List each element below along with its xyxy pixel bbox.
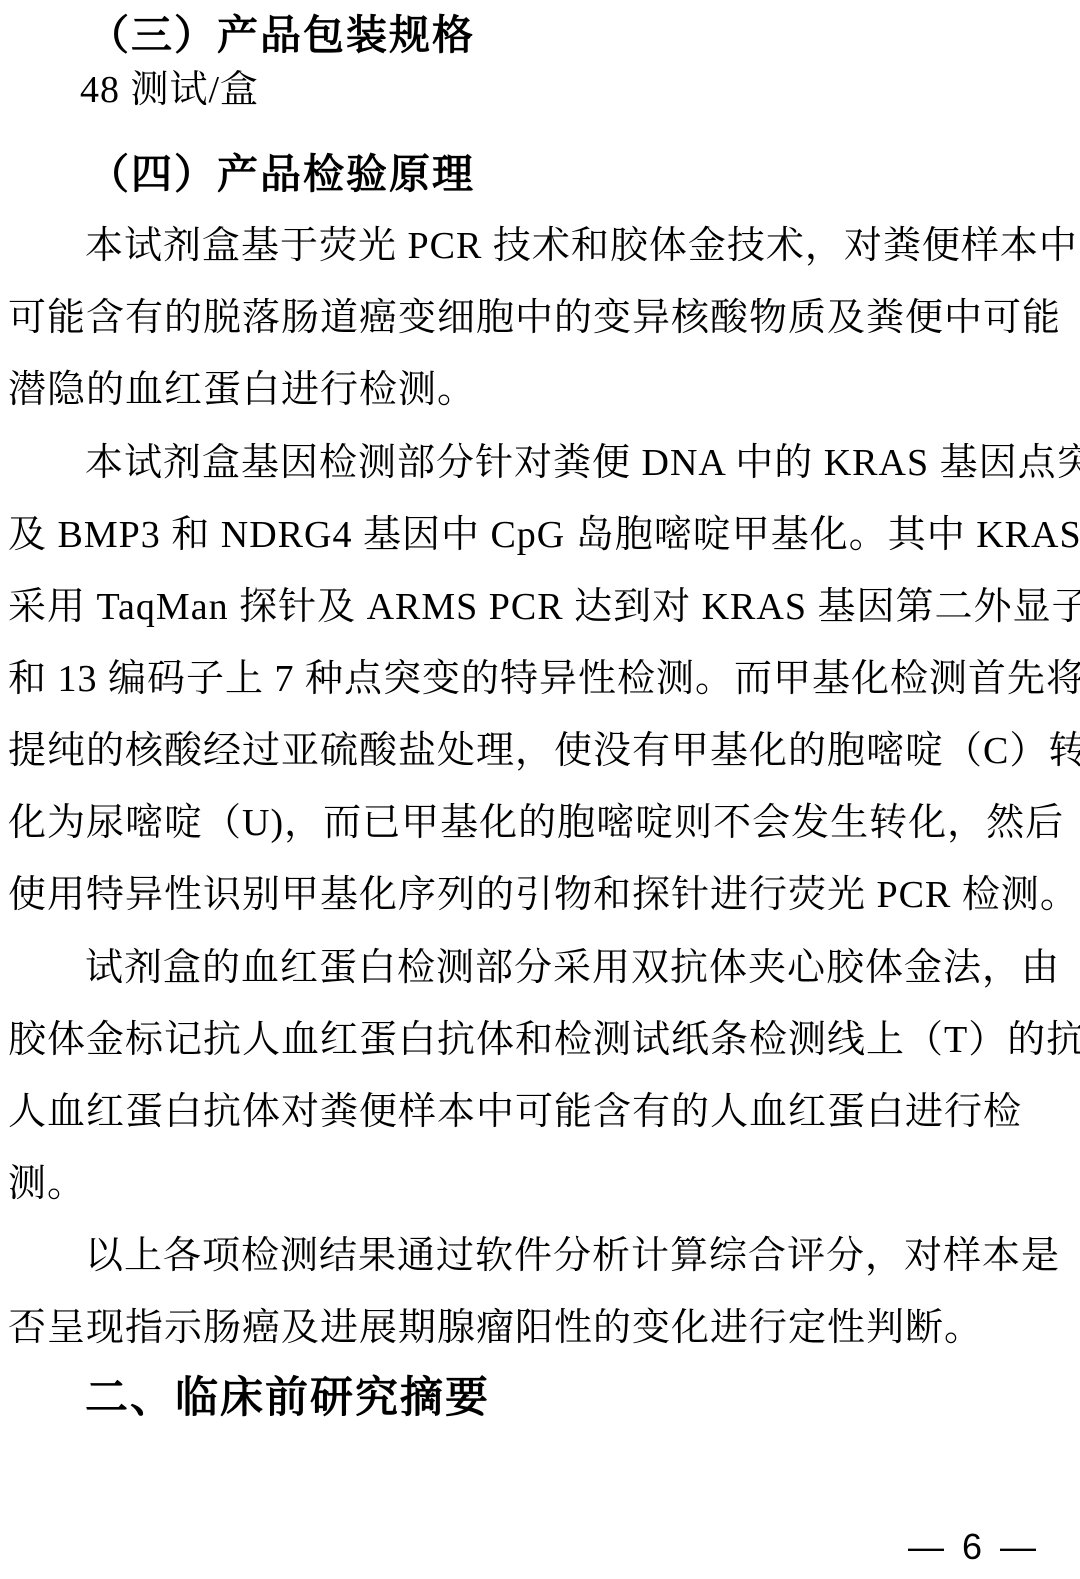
- paragraph-line: 胶体金标记抗人血红蛋白抗体和检测试纸条检测线上（T）的抗: [8, 1016, 1080, 1064]
- paragraph-line: 潜隐的血红蛋白进行检测。: [8, 366, 476, 414]
- paragraph-line: 化为尿嘧啶（U)，而已甲基化的胞嘧啶则不会发生转化，然后: [8, 799, 1064, 847]
- paragraph-line: 及 BMP3 和 NDRG4 基因中 CpG 岛胞嘧啶甲基化。其中 KRAS 检…: [8, 511, 1080, 559]
- section-heading-principle: （四）产品检验原理: [88, 149, 475, 199]
- paragraph-line: 和 13 编码子上 7 种点突变的特异性检测。而甲基化检测首先将: [8, 655, 1080, 703]
- paragraph-line: 使用特异性识别甲基化序列的引物和探针进行荧光 PCR 检测。: [8, 871, 1079, 919]
- page-number: — 6 —: [908, 1527, 1040, 1567]
- packaging-spec-value: 48 测试/盒: [80, 66, 259, 114]
- paragraph-line: 否呈现指示肠癌及进展期腺瘤阳性的变化进行定性判断。: [8, 1304, 983, 1352]
- section-heading-packaging: （三）产品包装规格: [88, 10, 475, 60]
- paragraph-line: 本试剂盒基因检测部分针对粪便 DNA 中的 KRAS 基因点突变: [85, 439, 1080, 487]
- paragraph-line: 提纯的核酸经过亚硫酸盐处理，使没有甲基化的胞嘧啶（C）转: [8, 727, 1080, 775]
- section-heading-preclinical: 二、临床前研究摘要: [85, 1372, 490, 1424]
- paragraph-line: 人血红蛋白抗体对粪便样本中可能含有的人血红蛋白进行检: [8, 1088, 1022, 1136]
- paragraph-line: 测。: [8, 1160, 86, 1208]
- paragraph-line: 采用 TaqMan 探针及 ARMS PCR 达到对 KRAS 基因第二外显子 …: [8, 583, 1080, 631]
- paragraph-line: 本试剂盒基于荧光 PCR 技术和胶体金技术，对粪便样本中: [85, 222, 1078, 270]
- paragraph-line: 以上各项检测结果通过软件分析计算综合评分，对样本是: [85, 1232, 1060, 1280]
- paragraph-line: 试剂盒的血红蛋白检测部分采用双抗体夹心胶体金法，由: [85, 944, 1060, 992]
- document-page: （三）产品包装规格 48 测试/盒 （四）产品检验原理 本试剂盒基于荧光 PCR…: [0, 0, 1080, 1579]
- paragraph-line: 可能含有的脱落肠道癌变细胞中的变异核酸物质及粪便中可能: [8, 294, 1061, 342]
